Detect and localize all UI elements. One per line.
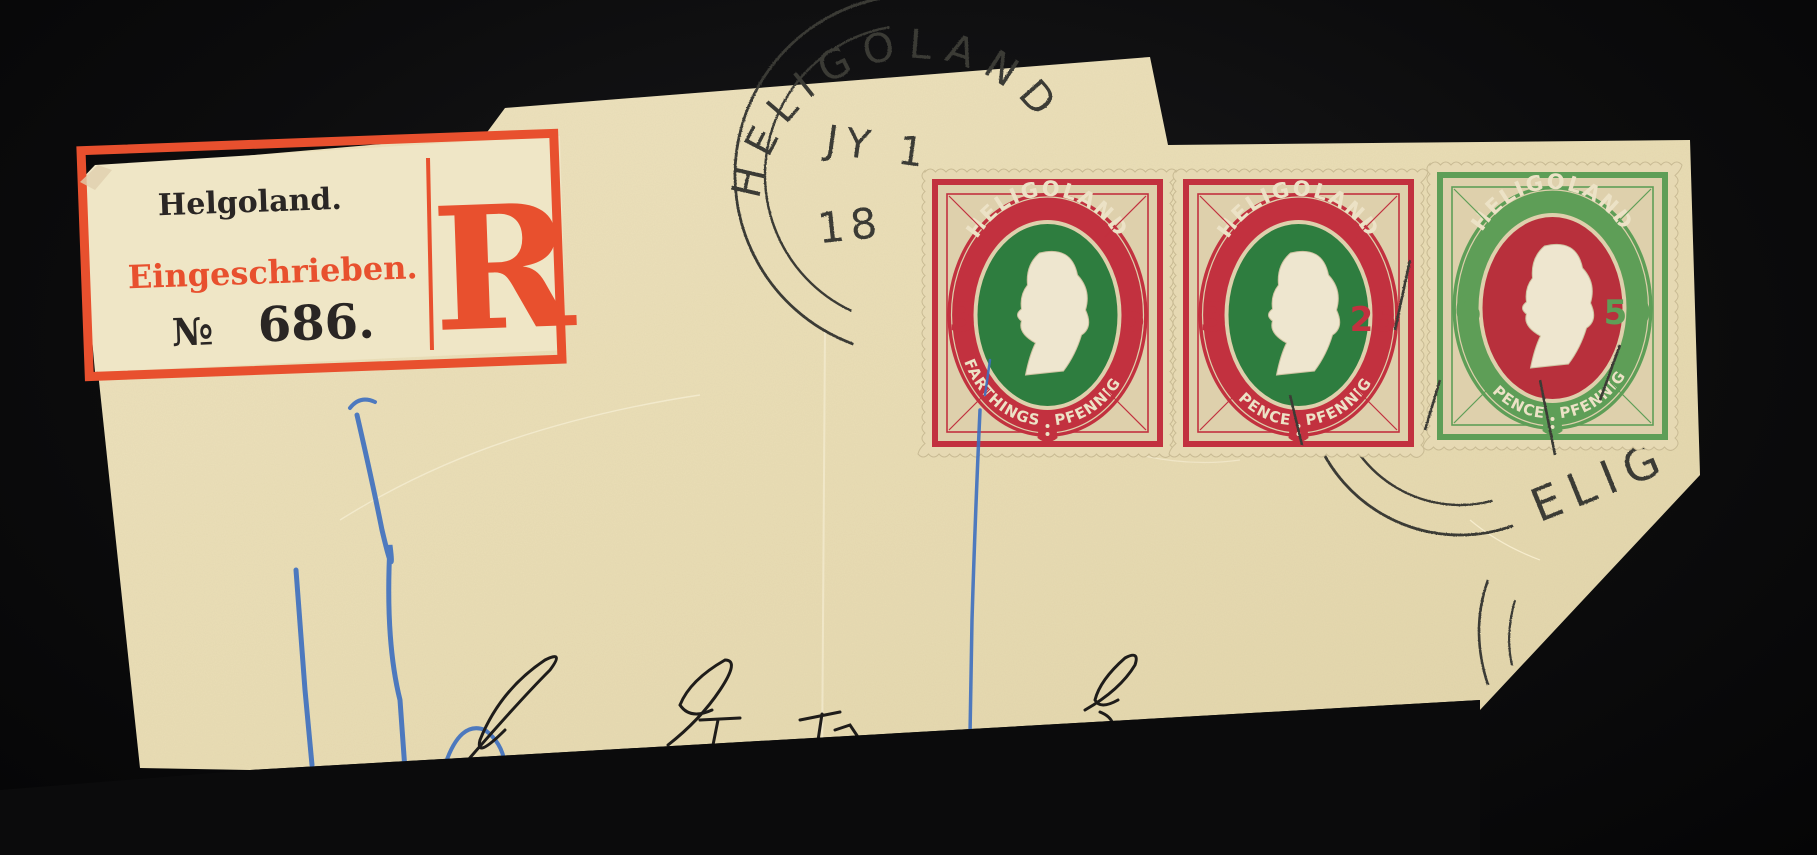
- cover-photo: Helgoland. Eingeschrieben. № 686. R HELI…: [0, 0, 1817, 855]
- stamp-left-value: 6: [1454, 288, 1482, 334]
- stamp-left-value: 3: [1200, 295, 1228, 341]
- svg-text:18: 18: [815, 198, 885, 254]
- stamp-right-value: 25: [1350, 300, 1397, 340]
- stamp-2: HELIGOLAND325PENCEPFENNIG: [1169, 169, 1428, 457]
- stamp-left-value: 3: [949, 295, 977, 341]
- stamp-right-value: 5: [1118, 295, 1146, 341]
- label-number-prefix: №: [171, 308, 214, 354]
- stamp-strip: HELIGOLAND35FARTHINGSPFENNIGHELIGOLAND32…: [918, 162, 1682, 457]
- photo-stage: Helgoland. Eingeschrieben. № 686. R HELI…: [0, 0, 1817, 855]
- label-r-letter: R: [429, 166, 579, 371]
- label-number-text: 686.: [257, 293, 376, 353]
- registration-label: Helgoland. Eingeschrieben. № 686. R: [78, 133, 579, 376]
- stamp-right-value: 50: [1604, 293, 1651, 333]
- stamp-1: HELIGOLAND35FARTHINGSPFENNIG: [918, 169, 1177, 457]
- label-place-text: Helgoland.: [157, 182, 342, 223]
- stamp-3: HELIGOLAND650PENCEPFENNIG: [1423, 162, 1682, 450]
